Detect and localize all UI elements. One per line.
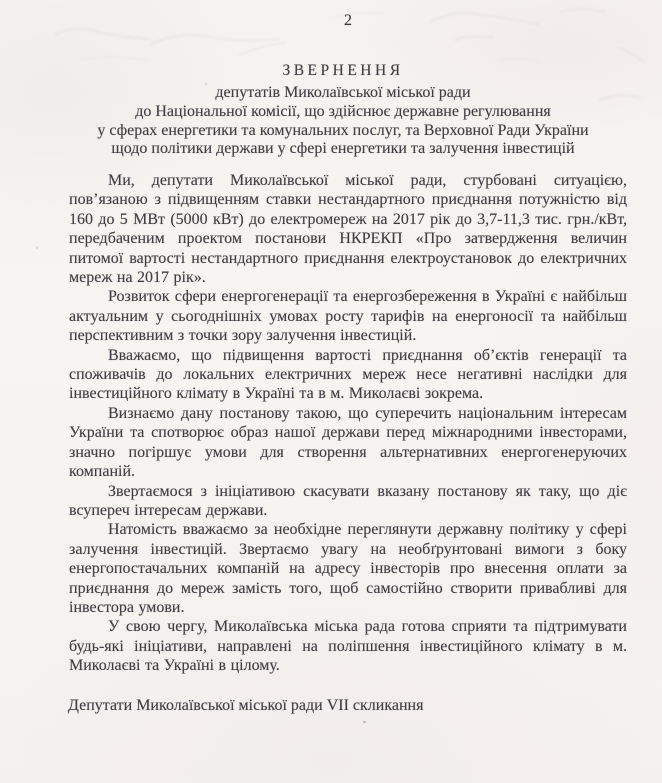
scan-speck	[363, 721, 366, 723]
document-subtitle-line-3: у сферах енергетики та комунальних послу…	[56, 122, 630, 141]
scan-speck	[205, 83, 207, 85]
body-paragraph-5: Звертаємося з ініціативою скасувати вказ…	[69, 482, 627, 521]
document-subtitle-line-1: депутатів Миколаївської міської ради	[56, 84, 630, 103]
document-subtitle-line-4: щодо політики держави у сфері енергетики…	[56, 140, 630, 159]
scan-speck	[36, 246, 38, 249]
body-paragraph-3: Вважаємо, що підвищення вартості приєдна…	[69, 346, 627, 404]
body-paragraph-7: У свою чергу, Миколаївська міська рада г…	[69, 617, 627, 675]
body-paragraph-6: Натомість вважаємо за необхідне переглян…	[69, 520, 627, 617]
document-page: 2 ЗВЕРНЕННЯ депутатів Миколаївської місь…	[0, 0, 662, 783]
document-body: Ми, депутати Миколаївської міської ради,…	[69, 171, 627, 676]
document-title: ЗВЕРНЕННЯ	[56, 61, 630, 81]
body-paragraph-1: Ми, депутати Миколаївської міської ради,…	[69, 171, 627, 287]
document-subtitle-line-2: до Національної комісії, що здійснює дер…	[56, 103, 630, 122]
page-number: 2	[344, 12, 352, 30]
document-header: ЗВЕРНЕННЯ депутатів Миколаївської місько…	[56, 61, 630, 159]
body-paragraph-4: Визнаємо дану постанову такою, що супере…	[69, 404, 627, 482]
body-paragraph-2: Розвиток сфери енергогенерації та енерго…	[69, 287, 627, 345]
signature-line: Депутати Миколаївської міської ради VII …	[68, 696, 423, 715]
